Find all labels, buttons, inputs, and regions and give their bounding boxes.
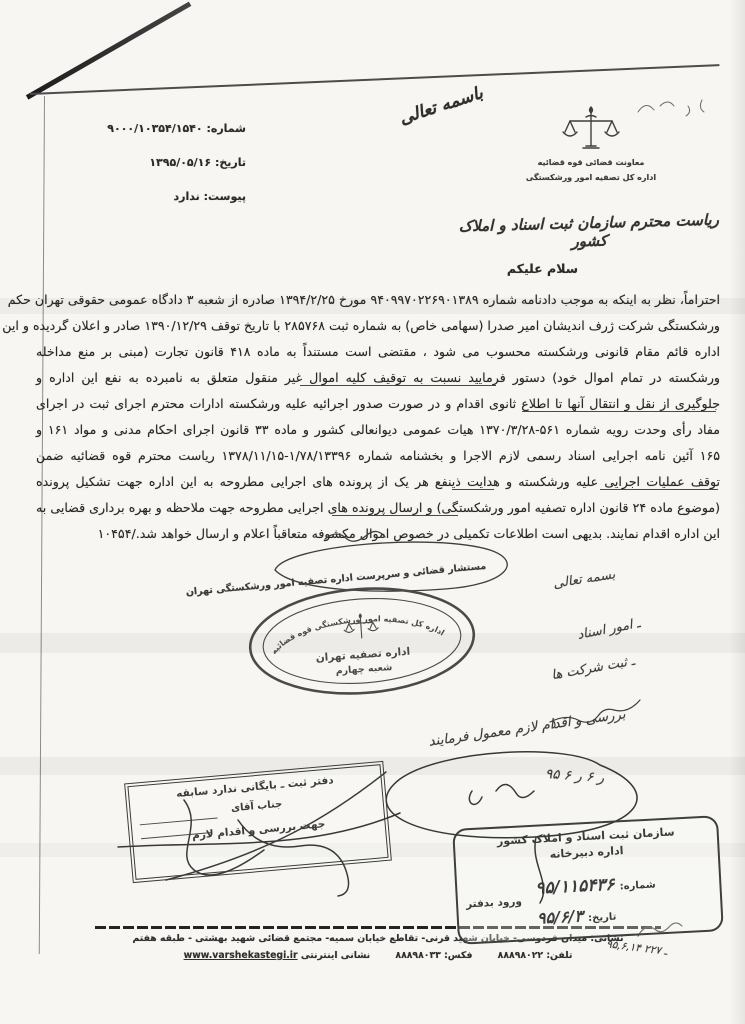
footer-contact: تلفن: ۸۸۸۹۸۰۲۲ فکس: ۸۸۸۹۸۰۳۳ نشانی اینتر…: [95, 950, 661, 961]
underline-stop-exec-phrase: [600, 489, 718, 490]
org-line-2: اداره کل تصفیه امور ورشکستگی: [508, 173, 674, 182]
org-line-1: معاونت قضائی قوه قضائیه: [516, 158, 666, 167]
body-line-1: احتراماً، نظر به اینکه به موجب دادنامه ش…: [36, 287, 720, 313]
handwritten-note-documents: ـ امور اسناد: [576, 616, 642, 643]
handwritten-bismillah: بسمه تعالی: [552, 567, 616, 592]
footer-fax-label: فکس:: [444, 950, 472, 961]
body-line-8: توقف عملیات اجرایی علیه ورشکسته و هدایت …: [36, 469, 720, 495]
letter-date-label: تاریخ:: [215, 156, 246, 169]
footer-phone-value: ۸۸۸۹۸۰۲۲: [498, 950, 543, 961]
underline-beneficiary-word: [452, 489, 494, 490]
body-line-5: جلوگیری از نقل و انتقال آنها تا اطلاع ثا…: [36, 391, 720, 417]
letter-number-label: شماره:: [206, 122, 246, 135]
judiciary-emblem-icon: [562, 104, 620, 156]
footer-website-text: www.varshekastegi.ir: [184, 950, 298, 961]
footer-fax-value: ۸۸۸۹۸۰۳۳: [395, 950, 440, 961]
letter-number-row: شماره: ۹۰۰۰/۱۰۳۵۴/۱۵۴۰: [62, 122, 246, 135]
stamp-center-line-1: اداره تصفیه تهران: [315, 646, 410, 665]
footer-web-label: نشانی اینترنتی: [301, 950, 370, 961]
letter-attachment-row: پیوست: ندارد: [62, 190, 246, 203]
registry-date-label: تاریخ:: [588, 912, 617, 924]
scan-corner-diagonal-artifact: [26, 2, 191, 100]
scan-top-paper-edge: [30, 64, 719, 94]
body-line-7: ۱۶۵ آئین نامه اجرایی اسناد رسمی لازم الا…: [36, 443, 720, 469]
body-line-9: (موضوع ماده ۲۴ قانون اداره تصفیه امور ور…: [36, 495, 720, 521]
body-line-3: اداره قائم مقام قانونی ورشکسته محسوب می …: [36, 339, 720, 365]
salutation: سلام علیکم: [492, 261, 578, 276]
stamp-center-line-2: شعبه چهارم: [335, 662, 392, 677]
body-line-6: مفاد رأی وحدت رویه شماره ۵۶۱-۱۳۷۰/۳/۲۸ ه…: [36, 417, 720, 443]
letter-date-row: تاریخ: ۱۳۹۵/۰۵/۱۶: [62, 156, 246, 169]
underline-transfer-phrase: [522, 411, 716, 412]
letter-date-value: ۱۳۹۵/۰۵/۱۶: [149, 156, 211, 169]
attachment-value: ندارد: [174, 190, 200, 203]
liquidation-office-stamp: اداره کل تصفیه امور ورشکستگی قوه قضائیه …: [242, 578, 481, 704]
pencil-marks-top-right: [630, 92, 720, 142]
body-line-4: ورشکسته در تمام اموال خود) دستور فرمایید…: [36, 365, 720, 391]
handwritten-note-companies: ـ ثبت شرکت ها: [550, 654, 636, 683]
bismillah-calligraphy: باسمه تعالی: [397, 83, 485, 129]
scan-right-edge-shade: [729, 0, 745, 1024]
underline-send-files-phrase: [332, 515, 458, 516]
scanned-letter-page: باسمه تعالی معاونت قضائی قوه قضائیه ادار…: [0, 0, 745, 1024]
body-line-2: ورشکستگی شرکت ژرف اندیشان امیر صدرا (سها…: [36, 313, 720, 339]
attachment-label: پیوست:: [204, 190, 246, 203]
underline-seizure-phrase: [300, 385, 496, 386]
footer-phone-label: تلفن:: [546, 950, 572, 961]
routing-stamp-signature-scrawl: [118, 758, 418, 908]
recipient-line: ریاست محترم سازمان ثبت اسناد و املاک کشو…: [442, 210, 737, 254]
letter-number-value: ۹۰۰۰/۱۰۳۵۴/۱۵۴۰: [107, 122, 202, 135]
